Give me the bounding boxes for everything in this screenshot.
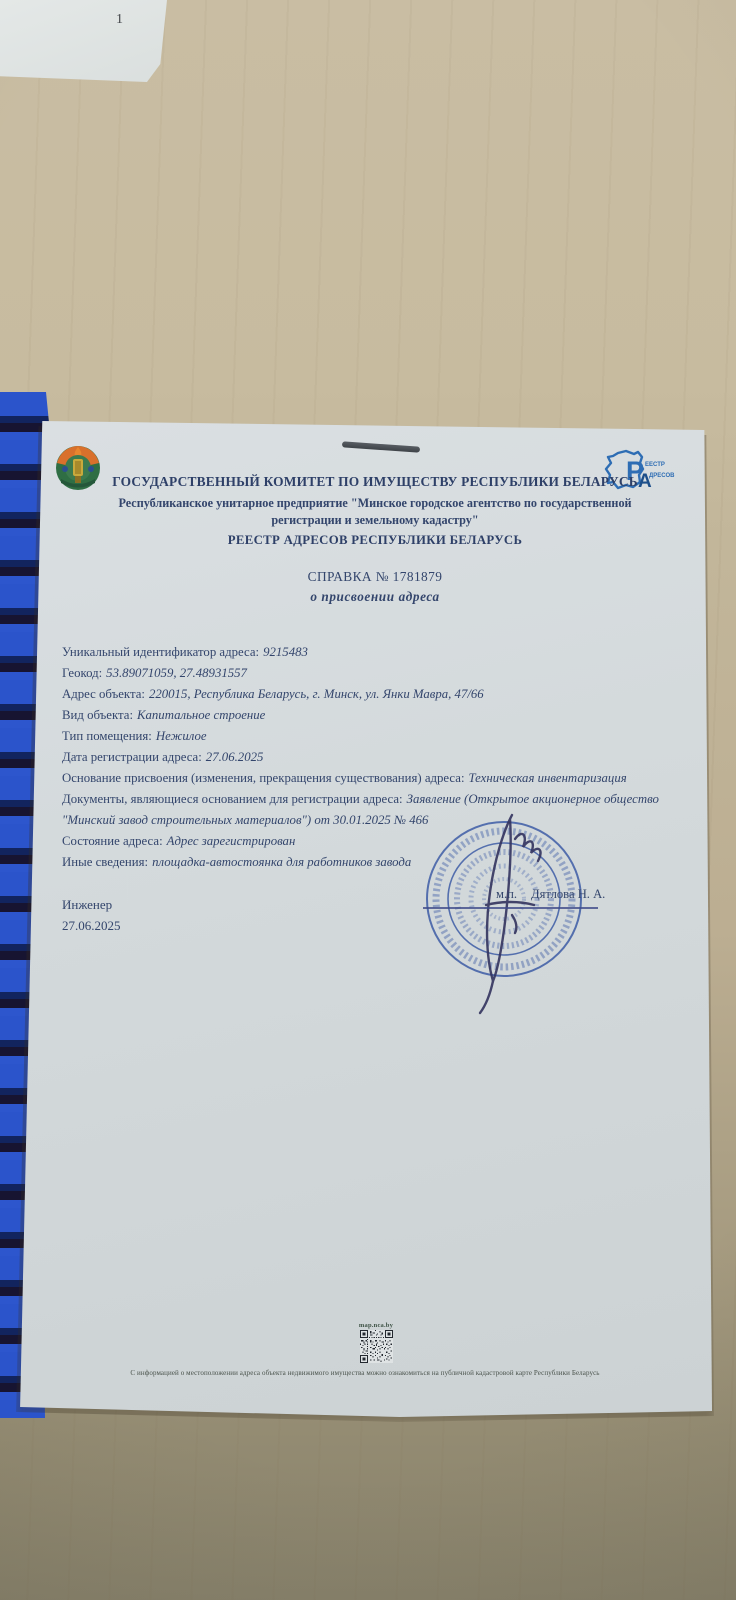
field-row: Основание присвоения (изменения, прекращ… xyxy=(62,768,682,789)
signature-date: 27.06.2025 xyxy=(62,916,121,937)
field-value: 27.06.2025 xyxy=(206,750,264,764)
field-label: Вид объекта: xyxy=(62,708,133,722)
field-label: Уникальный идентификатор адреса: xyxy=(62,645,259,659)
logo-text-reestr: ЕЕСТР xyxy=(645,462,665,468)
qr-code-icon xyxy=(360,1330,393,1363)
signature-block: Инженер 27.06.2025 xyxy=(62,895,121,936)
certificate-number: СПРАВКА № 1781879 xyxy=(50,569,700,585)
document-header: ГОСУДАРСТВЕННЫЙ КОМИТЕТ ПО ИМУЩЕСТВУ РЕС… xyxy=(50,473,700,549)
certificate-sheet: Р А ЕЕСТР ДРЕСОВ ГОСУДАРСТВЕННЫЙ КОМИТЕТ… xyxy=(18,419,712,1417)
field-label: Дата регистрации адреса: xyxy=(62,750,202,764)
field-row: Тип помещения:Нежилое xyxy=(62,726,682,747)
field-value: 9215483 xyxy=(263,645,308,659)
seal-and-signer: м.п.Дятлова Н. А. xyxy=(496,887,605,902)
field-value: 53.89071059, 27.48931557 xyxy=(106,666,247,680)
page-number-marker: 1 xyxy=(116,12,123,28)
committee-name: ГОСУДАРСТВЕННЫЙ КОМИТЕТ ПО ИМУЩЕСТВУ РЕС… xyxy=(50,473,700,491)
field-label: Иные сведения: xyxy=(62,855,148,869)
signer-name: Дятлова Н. А. xyxy=(531,887,605,901)
field-row: Геокод:53.89071059, 27.48931557 xyxy=(62,663,682,684)
registry-name: РЕЕСТР АДРЕСОВ РЕСПУБЛИКИ БЕЛАРУСЬ xyxy=(50,532,700,549)
field-value: Техническая инвентаризация xyxy=(469,771,627,785)
loose-paper-corner: 1 xyxy=(0,0,167,82)
field-row: Уникальный идентификатор адреса:9215483 xyxy=(62,642,682,663)
certificate-subtitle: о присвоении адреса xyxy=(50,589,700,605)
field-value: 220015, Республика Беларусь, г. Минск, у… xyxy=(149,687,484,701)
enterprise-name: Республиканское унитарное предприятие "М… xyxy=(50,495,700,529)
signer-position: Инженер xyxy=(62,895,121,916)
field-value: Адрес зарегистрирован xyxy=(167,834,296,848)
document-title: СПРАВКА № 1781879 о присвоении адреса xyxy=(50,569,700,605)
enterprise-line2: регистрации и земельному кадастру" xyxy=(50,512,700,529)
qr-caption: map.nca.by xyxy=(306,1322,446,1329)
footer-note: С информацией о местоположении адреса об… xyxy=(38,1369,692,1377)
field-value: Нежилое xyxy=(156,729,207,743)
signature-rule-line xyxy=(423,907,598,909)
field-row: Адрес объекта:220015, Республика Беларус… xyxy=(62,684,682,705)
field-value: Капитальное строение xyxy=(137,708,265,722)
field-value: площадка-автостоянка для работников заво… xyxy=(152,855,411,869)
field-label: Документы, являющиеся основанием для рег… xyxy=(62,792,403,806)
official-round-stamp xyxy=(416,805,596,1017)
field-label: Адрес объекта: xyxy=(62,687,145,701)
enterprise-line1: Республиканское унитарное предприятие "М… xyxy=(50,495,700,512)
field-label: Геокод: xyxy=(62,666,102,680)
field-label: Тип помещения: xyxy=(62,729,152,743)
field-label: Основание присвоения (изменения, прекращ… xyxy=(62,771,465,785)
seal-place-mark: м.п. xyxy=(496,887,517,901)
field-row: Дата регистрации адреса:27.06.2025 xyxy=(62,747,682,768)
staple-mark xyxy=(342,441,420,452)
qr-block: map.nca.by xyxy=(306,1322,446,1368)
field-label: Состояние адреса: xyxy=(62,834,163,848)
field-row: Вид объекта:Капитальное строение xyxy=(62,705,682,726)
